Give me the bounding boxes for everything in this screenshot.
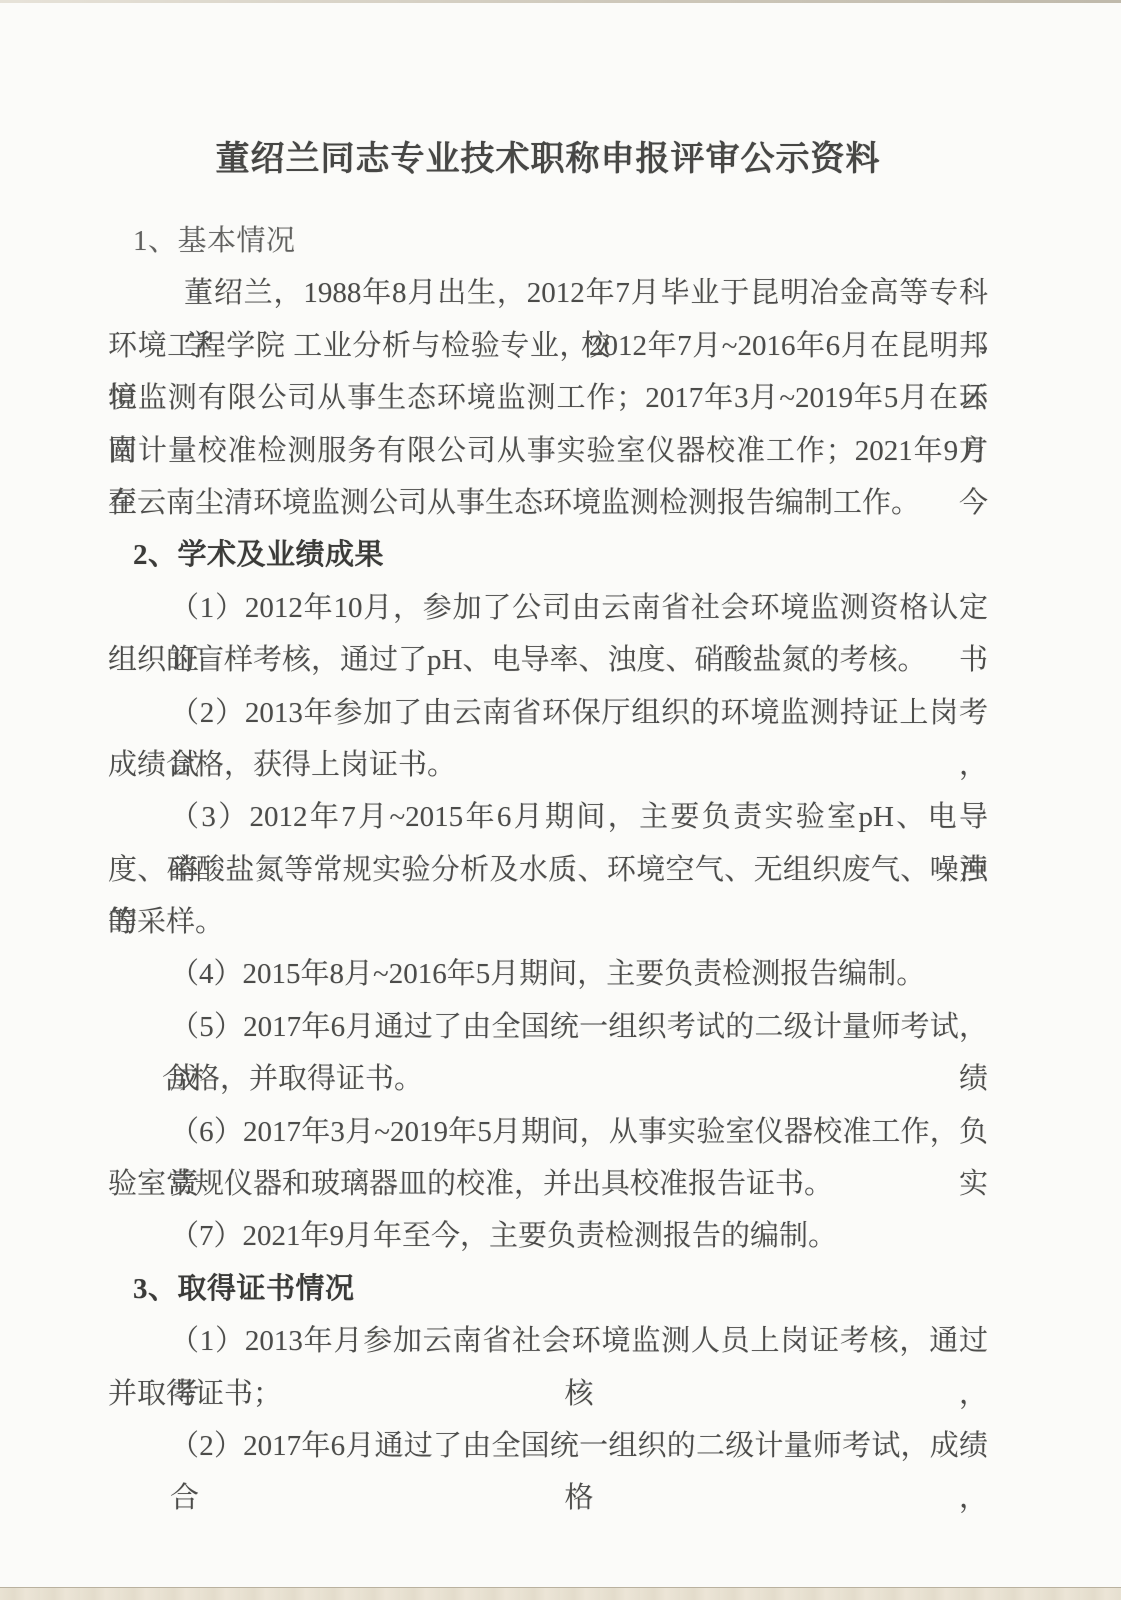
text-line: （7）2021年9月年至今，主要负责检测报告的编制。 [108,1210,988,1262]
text-line: 境监测有限公司从事生态环境监测工作；2017年3月~2019年5月在云南方 [108,372,988,424]
text-line: （3）2012年7月~2015年6月期间，主要负责实验室pH、电导率、浊 [108,791,988,843]
scan-bottom-edge-artifact [0,1587,1121,1600]
section-3-heading: 3、取得证书情况 [108,1263,988,1315]
text-line: 圆计量校准检测服务有限公司从事实验室仪器校准工作；2021年9月至今 [108,425,988,477]
text-line: （1）2012年10月，参加了公司由云南省社会环境监测资格认定证书 [108,582,988,634]
text-line: （4）2015年8月~2016年5月期间，主要负责检测报告编制。 [108,948,988,1000]
text-line: 在云南尘清环境监测公司从事生态环境监测检测报告编制工作。 [108,477,988,529]
document-title: 董绍兰同志专业技术职称申报评审公示资料 [108,140,988,180]
text-line: （2）2013年参加了由云南省环保厅组织的环境监测持证上岗考试， [108,687,988,739]
section-basic-info: 1、基本情况 董绍兰，1988年8月出生，2012年7月毕业于昆明冶金高等专科学… [108,215,988,529]
text-line: （5）2017年6月通过了由全国统一组织考试的二级计量师考试，成绩 [108,1001,988,1053]
text-line: （1）2013年月参加云南省社会环境监测人员上岗证考核，通过考核， [108,1315,988,1367]
text-line: （6）2017年3月~2019年5月期间，从事实验室仪器校准工作，负责实 [108,1106,988,1158]
text-line: 度、硝酸盐氮等常规实验分析及水质、环境空气、无组织废气、噪声等 [108,844,988,896]
text-line: 董绍兰，1988年8月出生，2012年7月毕业于昆明冶金高等专科学校- [108,267,988,319]
text-line: 组织的盲样考核，通过了pH、电导率、浊度、硝酸盐氮的考核。 [108,634,988,686]
document-page: 董绍兰同志专业技术职称申报评审公示资料 1、基本情况 董绍兰，1988年8月出生… [108,0,988,1472]
section-2-heading: 2、学术及业绩成果 [108,529,988,581]
section-achievements: 2、学术及业绩成果 （1）2012年10月，参加了公司由云南省社会环境监测资格认… [108,529,988,1262]
section-1-heading: 1、基本情况 [108,215,988,267]
text-line: （2）2017年6月通过了由全国统一组织的二级计量师考试，成绩合格， [108,1420,988,1472]
text-line: 的采样。 [108,896,988,948]
text-line: 环境工程学院 工业分析与检验专业，2012年7月~2016年6月在昆明邦恒环 [108,320,988,372]
section-certificates: 3、取得证书情况 （1）2013年月参加云南省社会环境监测人员上岗证考核，通过考… [108,1263,988,1473]
